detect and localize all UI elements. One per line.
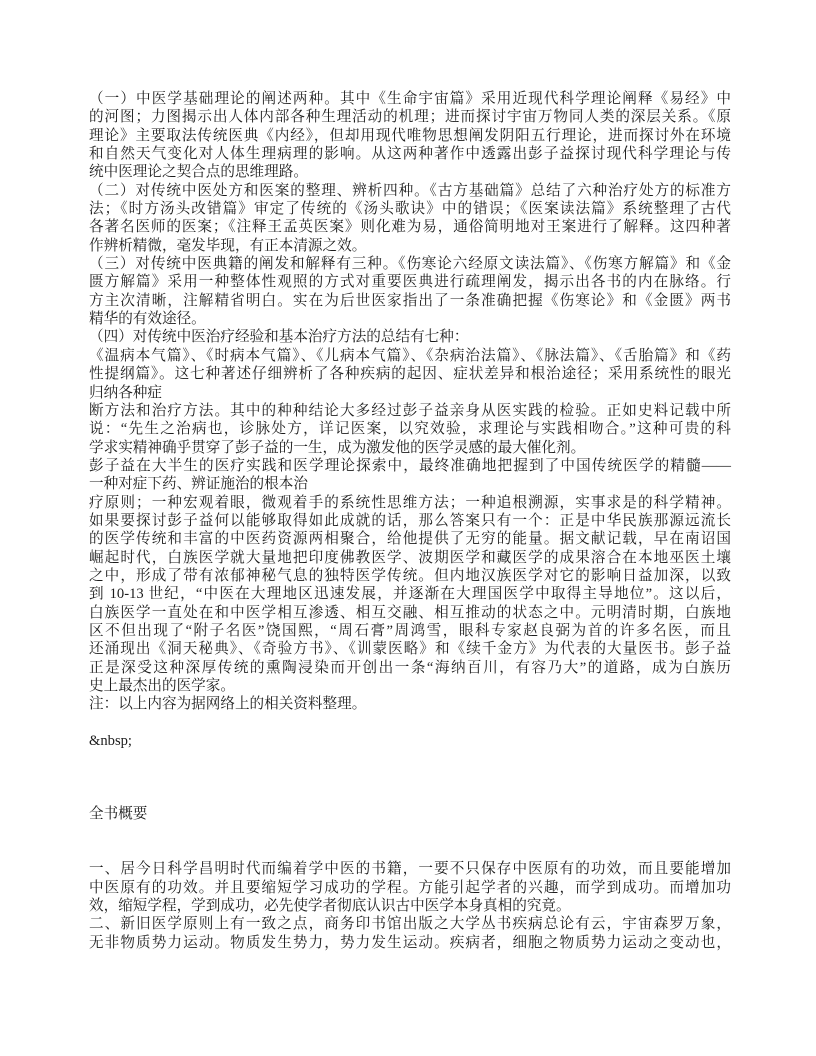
text-line: 正是深受这种深厚传统的熏陶浸染而开创出一条“海纳百川，有容乃大”的道路，成为白族… [89,659,731,677]
text-line: 匮方解篇》采用一种整体性观照的方式对重要医典进行疏理阐发，揭示出各书的内在脉络。… [89,273,731,291]
text-line: 法；《时方汤头改错篇》审定了传统的《汤头歌诀》中的错误；《医案读法篇》系统整理了… [89,200,731,218]
text-line: 和自然天气变化对人体生理病理的影响。从这两种著作中透露出彭子益探讨现代科学理论与… [89,145,731,163]
text-line: 方主次清晰，注解精省明白。实在为后世医家指出了一条准确把握《伤寒论》和《金匮》两… [89,292,731,310]
text-line [89,787,731,805]
text-line [89,750,731,768]
text-line: 学求实精神确乎贯穿了彭子益的一生，成为激发他的医学灵感的最大催化剂。 [89,439,731,457]
text-line: 之中，形成了带有浓郁神秘气息的独特医学传统。但内地汉族医学对它的影响日益加深，以… [89,567,731,585]
text-line: 的医学传统和丰富的中医药资源两相聚合，给他提供了无穷的能量。据文献记载，早在南诏… [89,530,731,548]
text-line: 彭子益在大半生的医疗实践和医学理论探索中，最终准确地把握到了中国传统医学的精髓—… [89,457,731,475]
text-line: 到 10-13 世纪，“中医在大理地区迅速发展，并逐渐在大理国医学中取得主导地位… [89,585,731,603]
text-line: 作辨析精微，毫发毕现，有正本清源之效。 [89,237,731,255]
text-line: 精华的有效途径。 [89,310,731,328]
text-line [89,769,731,787]
text-line: 崛起时代，白族医学就大量地把印度佛教医学、波期医学和藏医学的成果溶合在本地巫医土… [89,549,731,567]
text-line: 的河图；力图揭示出人体内部各种生理活动的机理；进而探讨宇宙万物同人类的深层关系。… [89,108,731,126]
text-line [89,714,731,732]
text-line: 性提纲篇》。这七种著述仔细辨析了各种疾病的起因、症状差异和根治途径；采用系统性的… [89,365,731,383]
document-page: （一）中医学基础理论的阐述两种。其中《生命宇宙篇》采用近现代科学理论阐释《易经》… [0,0,816,1056]
text-line [89,842,731,860]
text-line: （二）对传统中医处方和医案的整理、辨析四种。《古方基础篇》总结了六种治疗处方的标… [89,182,731,200]
text-line: 疗原则；一种宏观着眼，微观着手的系统性思维方法；一种追根溯源，实事求是的科学精神… [89,494,731,512]
text-line: 归纳各种症 [89,384,731,402]
text-line: （三）对传统中医典籍的阐发和解释有三种。《伤寒论六经原文读法篇》、《伤寒方解篇》… [89,255,731,273]
document-text: （一）中医学基础理论的阐述两种。其中《生命宇宙篇》采用近现代科学理论阐释《易经》… [89,90,731,952]
text-line: 二、新旧医学原则上有一致之点，商务印书馆出版之大学丛书疾病总论有云，宇宙森罗万象… [89,915,731,933]
text-line: 理论》主要取法传统医典《内经》，但却用现代唯物思想阐发阴阳五行理论，进而探讨外在… [89,127,731,145]
text-line: 《温病本气篇》、《时病本气篇》、《儿病本气篇》、《杂病治法篇》、《脉法篇》、《舌… [89,347,731,365]
text-line: 统中医理论之契合点的思维理路。 [89,163,731,181]
text-line [89,824,731,842]
text-line: （四）对传统中医治疗经验和基本治疗方法的总结有七种： [89,328,731,346]
text-line: 各著名医师的医案；《注释王孟英医案》则化难为易，通俗简明地对王案进行了解释。这四… [89,218,731,236]
text-line: 一种对症下药、辨证施治的根本治 [89,475,731,493]
text-line: 史上最杰出的医学家。 [89,677,731,695]
text-line: 注：以上内容为据网络上的相关资料整理。 [89,695,731,713]
text-line: 断方法和治疗方法。其中的种种结论大多经过彭子益亲身从医实践的检验。正如史料记载中… [89,402,731,420]
text-line: 如果要探讨彭子益何以能够取得如此成就的话，那么答案只有一个：正是中华民族那源远流… [89,512,731,530]
text-line: 说：“先生之治病也，诊脉处方，详记医案，以究效验，求理论与实践相吻合。”这种可贵… [89,420,731,438]
text-line: &nbsp; [89,732,731,750]
text-line: 白族医学一直处在和中医学相互渗透、相互交融、相互推动的状态之中。元明清时期，白族… [89,604,731,622]
text-line: 区不但出现了“附子名医”饶国熙，“周石膏”周鸿雪，眼科专家赵良弼为首的许多名医，… [89,622,731,640]
text-line: 效，缩短学程，学到成功，必先使学者彻底认识古中医学本身真相的究竟。 [89,897,731,915]
text-line: 还涌现出《洞天秘典》、《奇验方书》、《训蒙医略》和《续千金方》为代表的大量医书。… [89,640,731,658]
text-line: 一、居今日科学昌明时代而编着学中医的书籍，一要不只保存中医原有的功效，而且要能增… [89,860,731,878]
text-line: 无非物质势力运动。物质发生势力，势力发生运动。疾病者，细胞之物质势力运动之变动也… [89,934,731,952]
text-line: 全书概要 [89,805,731,823]
text-line: 中医原有的功效。并且要缩短学习成功的学程。方能引起学者的兴趣，而学到成功。而增加… [89,879,731,897]
text-line: （一）中医学基础理论的阐述两种。其中《生命宇宙篇》采用近现代科学理论阐释《易经》… [89,90,731,108]
